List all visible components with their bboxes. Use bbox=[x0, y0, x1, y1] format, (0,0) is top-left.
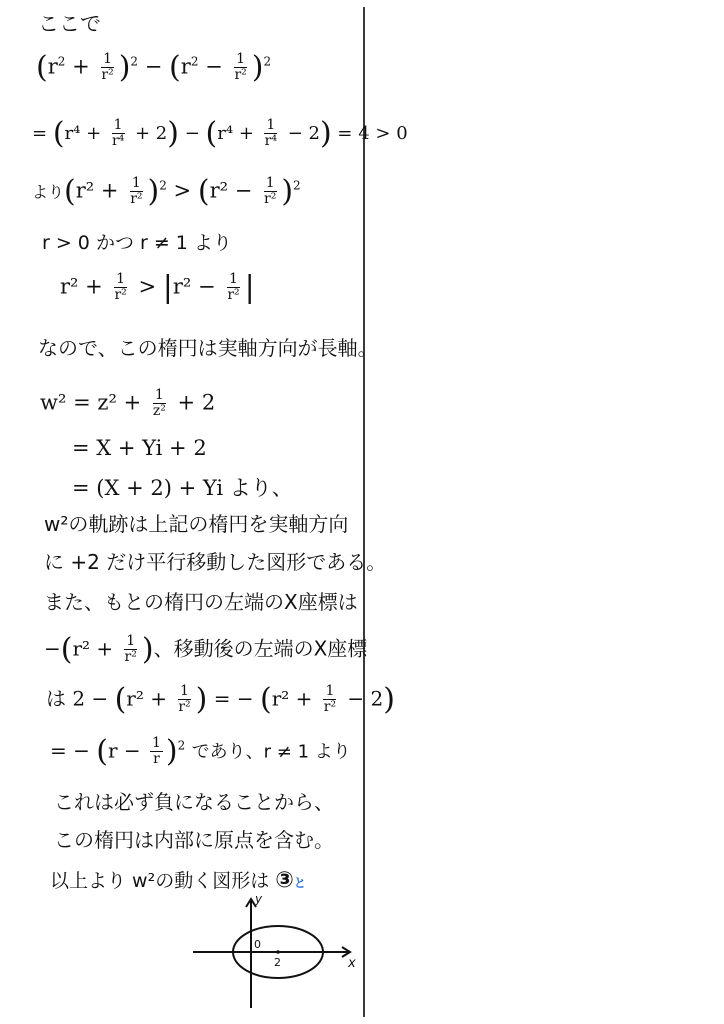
operator: + bbox=[124, 390, 142, 414]
term: r² bbox=[173, 274, 191, 298]
paren: ( bbox=[36, 50, 48, 85]
term: r² bbox=[210, 178, 228, 202]
term: r⁴ bbox=[65, 123, 81, 144]
page-divider bbox=[363, 7, 365, 1017]
paren: ) bbox=[166, 734, 178, 769]
paren: ) bbox=[320, 116, 332, 151]
paren: ( bbox=[260, 682, 272, 717]
term: r − bbox=[108, 738, 141, 762]
fraction: 1z² bbox=[151, 388, 168, 420]
exponent: 2 bbox=[263, 54, 271, 68]
operator: = − bbox=[50, 738, 90, 762]
fraction: 1r² bbox=[99, 52, 115, 84]
denominator: r² bbox=[322, 700, 338, 715]
expression-abs-inequality: r² + 1r² > |r² − 1r²| bbox=[60, 272, 255, 304]
text-line-kokode: ここで bbox=[38, 14, 101, 35]
numerator: 1 bbox=[264, 176, 277, 192]
text-translation: に +2 だけ平行移動した図形である。 bbox=[44, 552, 386, 572]
paren: ) bbox=[281, 174, 293, 209]
numerator: 1 bbox=[234, 52, 247, 68]
term: r² bbox=[76, 178, 94, 202]
exponent: 2 bbox=[159, 178, 167, 192]
center-label: 2 bbox=[274, 956, 281, 969]
term: r bbox=[181, 54, 191, 78]
denominator: r⁴ bbox=[263, 134, 279, 149]
text-always-negative: これは必ず負になることから、 bbox=[54, 792, 334, 812]
conjunction: より bbox=[32, 182, 64, 201]
operator: + bbox=[150, 686, 167, 710]
expression-shifted: = (X + 2) + Yi より、 bbox=[72, 478, 293, 499]
operator: + bbox=[86, 123, 101, 144]
term: r bbox=[48, 54, 58, 78]
operator: = − bbox=[214, 686, 254, 710]
operator: + bbox=[101, 178, 119, 202]
operator: + bbox=[85, 274, 103, 298]
denominator: r² bbox=[99, 68, 115, 83]
denominator: r² bbox=[112, 288, 128, 303]
operator: − bbox=[185, 123, 200, 144]
expression-xy-form: = X + Yi + 2 bbox=[72, 438, 207, 459]
term: は 2 − bbox=[46, 686, 108, 710]
paren: ( bbox=[115, 682, 127, 717]
term: r² bbox=[126, 686, 144, 710]
denominator: r² bbox=[176, 700, 192, 715]
operator: − bbox=[235, 178, 253, 202]
numerator: 1 bbox=[264, 118, 277, 134]
graph-svg bbox=[185, 892, 365, 1017]
exponent: 2 bbox=[130, 54, 138, 68]
numerator: 1 bbox=[227, 272, 240, 288]
operator: + bbox=[239, 123, 254, 144]
paren: ) bbox=[142, 632, 154, 667]
expression-left-end-original: −(r² + 1r²)、移動後の左端のX座標 bbox=[44, 634, 367, 666]
text: 、移動後の左端のX座標 bbox=[154, 636, 368, 660]
operator: − bbox=[205, 54, 223, 78]
text-left-end: また、もとの楕円の左端のX座標は bbox=[44, 592, 358, 612]
numerator: 1 bbox=[130, 176, 143, 192]
term: + 2 bbox=[178, 390, 216, 414]
denominator: r² bbox=[262, 192, 278, 207]
abs-bar: | bbox=[163, 270, 173, 305]
operator: − bbox=[198, 274, 216, 298]
text-contains-origin: この楕円は内部に原点を含む。 bbox=[54, 830, 334, 850]
paren: ) bbox=[252, 50, 264, 85]
text-conclusion: 以上より w²の動く図形は ③と bbox=[50, 870, 306, 892]
blue-annotation: と bbox=[294, 876, 306, 890]
paren: ) bbox=[119, 50, 131, 85]
operator: = bbox=[73, 390, 91, 414]
term: z² bbox=[97, 390, 116, 414]
operator: > bbox=[138, 274, 156, 298]
text-major-axis: なので、この楕円は実軸方向が長軸。 bbox=[38, 338, 378, 358]
operator: − bbox=[145, 54, 163, 78]
expression-difference-of-squares: (r2 + 1r²)2 − (r2 − 1r²)2 bbox=[36, 52, 271, 84]
denominator: z² bbox=[151, 404, 168, 419]
expression-w-squared: w² = z² + 1z² + 2 bbox=[40, 388, 215, 420]
paren: ( bbox=[198, 174, 210, 209]
term: − 2 bbox=[288, 123, 320, 144]
text: であり、r ≠ 1 より bbox=[192, 741, 351, 762]
denominator: r² bbox=[123, 650, 139, 665]
x-axis-label: x bbox=[348, 956, 356, 971]
paren: ) bbox=[383, 682, 395, 717]
expression-left-end-shifted: は 2 − (r² + 1r²) = − (r² + 1r² − 2) bbox=[46, 684, 395, 716]
numerator: 1 bbox=[124, 634, 137, 650]
term: r² bbox=[60, 274, 78, 298]
fraction: 1r² bbox=[128, 176, 144, 208]
term: r² bbox=[72, 636, 90, 660]
paren: ( bbox=[96, 734, 108, 769]
paren: ( bbox=[169, 50, 181, 85]
denominator: r² bbox=[225, 288, 241, 303]
fraction: 1r² bbox=[322, 684, 338, 716]
ellipse-graph: y x 0 2 bbox=[185, 892, 365, 1021]
numerator: 1 bbox=[112, 118, 125, 134]
paren: ) bbox=[167, 116, 179, 151]
exponent: 2 bbox=[58, 54, 66, 68]
origin-label: 0 bbox=[254, 938, 261, 951]
expression-expansion: = (r⁴ + 1r⁴ + 2) − (r⁴ + 1r⁴ − 2) = 4 > … bbox=[32, 118, 408, 150]
abs-bar: | bbox=[245, 270, 255, 305]
fraction: 1r bbox=[150, 736, 163, 768]
numerator: 1 bbox=[153, 388, 166, 404]
denominator: r² bbox=[232, 68, 248, 83]
conclusion-text: 以上より w²の動く図形は bbox=[50, 870, 269, 892]
term: w² bbox=[40, 390, 66, 414]
expression-inequality: より(r² + 1r²)2 > (r² − 1r²)2 bbox=[32, 176, 301, 208]
numerator: 1 bbox=[101, 52, 114, 68]
term: − 2 bbox=[347, 686, 383, 710]
numerator: 1 bbox=[150, 736, 163, 752]
expression-negative-square: = − (r − 1r)2 であり、r ≠ 1 より bbox=[50, 736, 351, 768]
term: + 2 bbox=[135, 123, 167, 144]
denominator: r bbox=[151, 752, 162, 767]
exponent: 2 bbox=[293, 178, 301, 192]
operator: + bbox=[296, 686, 313, 710]
paren: ) bbox=[196, 682, 208, 717]
fraction: 1r² bbox=[225, 272, 241, 304]
denominator: r² bbox=[128, 192, 144, 207]
center-point bbox=[276, 950, 280, 954]
text-condition: r > 0 かつ r ≠ 1 より bbox=[42, 234, 232, 253]
fraction: 1r⁴ bbox=[110, 118, 126, 150]
denominator: r⁴ bbox=[110, 134, 126, 149]
fraction: 1r² bbox=[112, 272, 128, 304]
numerator: 1 bbox=[323, 684, 336, 700]
text-locus: w²の軌跡は上記の楕円を実軸方向 bbox=[44, 514, 348, 534]
term: r² bbox=[272, 686, 290, 710]
operator: + bbox=[96, 636, 113, 660]
fraction: 1r² bbox=[123, 634, 139, 666]
paren: ( bbox=[64, 174, 76, 209]
paren: ( bbox=[61, 632, 73, 667]
answer-choice: ③ bbox=[275, 868, 294, 893]
fraction: 1r⁴ bbox=[263, 118, 279, 150]
operator: − bbox=[44, 636, 61, 660]
exponent: 2 bbox=[178, 739, 186, 753]
operator: = bbox=[32, 123, 47, 144]
fraction: 1r² bbox=[176, 684, 192, 716]
paren: ( bbox=[206, 116, 218, 151]
numerator: 1 bbox=[114, 272, 127, 288]
y-axis-label: y bbox=[255, 892, 262, 906]
paren: ) bbox=[148, 174, 160, 209]
operator: + bbox=[72, 54, 90, 78]
numerator: 1 bbox=[178, 684, 191, 700]
operator: > bbox=[174, 178, 192, 202]
paren: ( bbox=[53, 116, 65, 151]
exponent: 2 bbox=[191, 54, 199, 68]
fraction: 1r² bbox=[232, 52, 248, 84]
result: = 4 > 0 bbox=[337, 123, 407, 144]
term: r⁴ bbox=[217, 123, 233, 144]
fraction: 1r² bbox=[262, 176, 278, 208]
